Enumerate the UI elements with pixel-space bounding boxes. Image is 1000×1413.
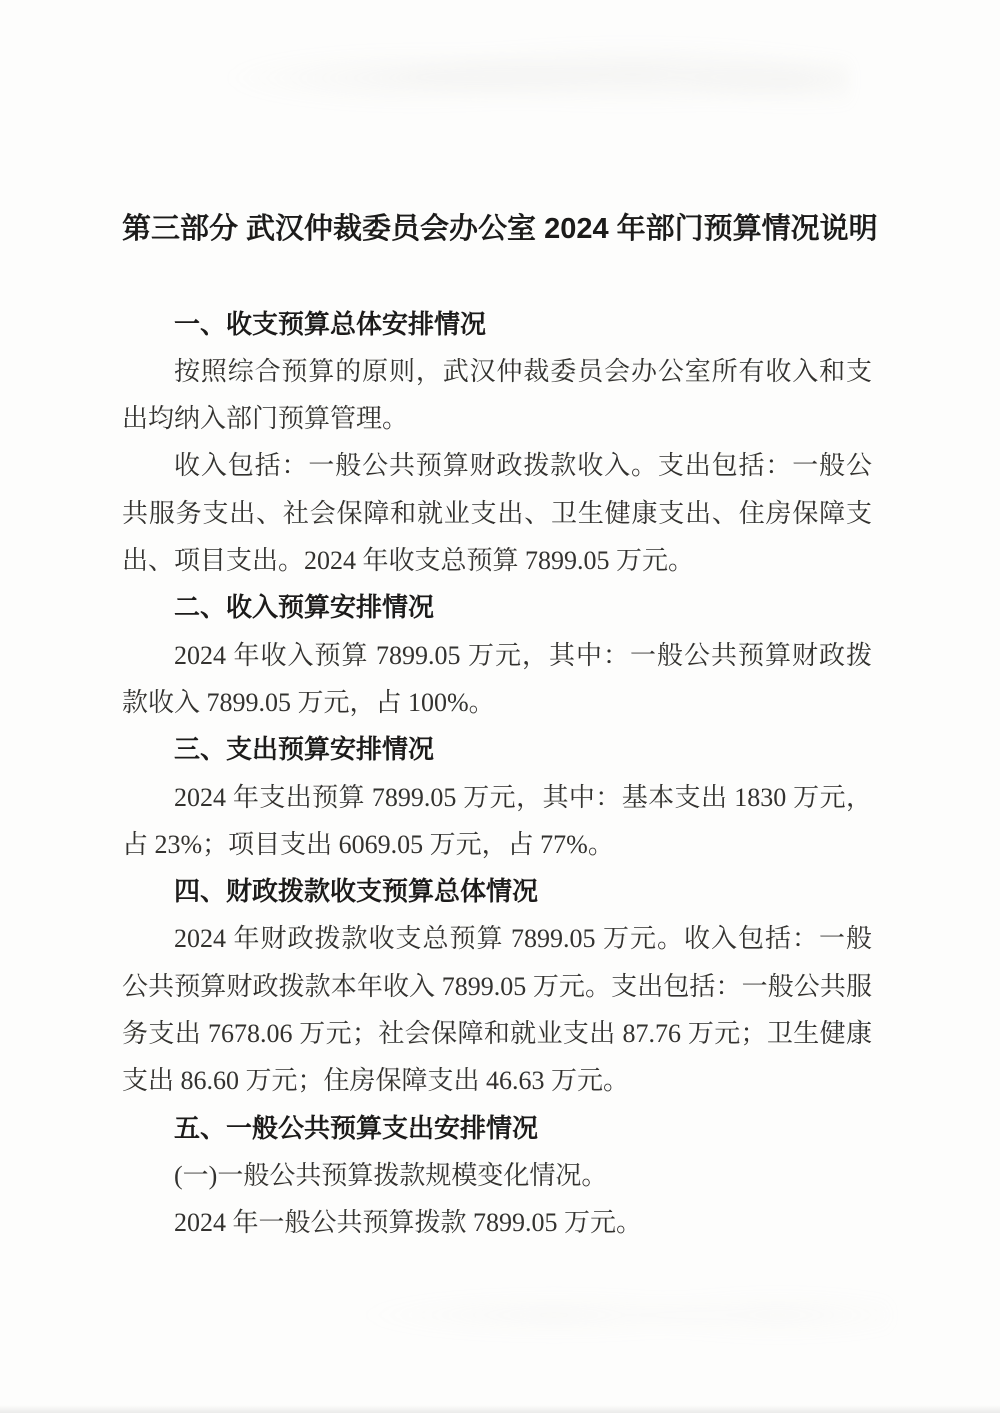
section-budget-overview: 一、收支预算总体安排情况 按照综合预算的原则，武汉仲裁委员会办公室所有收入和支出… <box>122 301 872 585</box>
page-bottom-edge-shadow <box>0 1405 1000 1413</box>
document-title: 第三部分 武汉仲裁委员会办公室 2024 年部门预算情况说明 <box>122 206 872 253</box>
scan-bleedthrough-artifact-bottom <box>330 1285 890 1345</box>
section-heading-1: 一、收支预算总体安排情况 <box>122 301 872 348</box>
section-heading-2: 二、收入预算安排情况 <box>122 584 872 631</box>
paragraph: 2024 年收入预算 7899.05 万元，其中：一般公共预算财政拨款收入 78… <box>122 632 872 727</box>
scan-bleedthrough-artifact-top <box>230 42 850 114</box>
paragraph: 收入包括：一般公共预算财政拨款收入。支出包括：一般公共服务支出、社会保障和就业支… <box>122 442 872 584</box>
scanned-document-page: 第三部分 武汉仲裁委员会办公室 2024 年部门预算情况说明 一、收支预算总体安… <box>0 0 1000 1413</box>
section-general-public-budget-expenditure: 五、一般公共预算支出安排情况 (一)一般公共预算拨款规模变化情况。 2024 年… <box>122 1105 872 1247</box>
paragraph: 2024 年一般公共预算拨款 7899.05 万元。 <box>122 1199 872 1246</box>
section-heading-5: 五、一般公共预算支出安排情况 <box>122 1105 872 1152</box>
paragraph: (一)一般公共预算拨款规模变化情况。 <box>122 1152 872 1199</box>
paragraph: 2024 年财政拨款收支总预算 7899.05 万元。收入包括：一般公共预算财政… <box>122 915 872 1104</box>
section-heading-4: 四、财政拨款收支预算总体情况 <box>122 868 872 915</box>
section-expenditure-budget: 三、支出预算安排情况 2024 年支出预算 7899.05 万元，其中：基本支出… <box>122 726 872 868</box>
section-fiscal-appropriation-overview: 四、财政拨款收支预算总体情况 2024 年财政拨款收支总预算 7899.05 万… <box>122 868 872 1104</box>
paragraph: 按照综合预算的原则，武汉仲裁委员会办公室所有收入和支出均纳入部门预算管理。 <box>122 348 872 443</box>
section-income-budget: 二、收入预算安排情况 2024 年收入预算 7899.05 万元，其中：一般公共… <box>122 584 872 726</box>
section-heading-3: 三、支出预算安排情况 <box>122 726 872 773</box>
document-body: 第三部分 武汉仲裁委员会办公室 2024 年部门预算情况说明 一、收支预算总体安… <box>122 206 872 1247</box>
paragraph: 2024 年支出预算 7899.05 万元，其中：基本支出 1830 万元，占 … <box>122 774 872 869</box>
